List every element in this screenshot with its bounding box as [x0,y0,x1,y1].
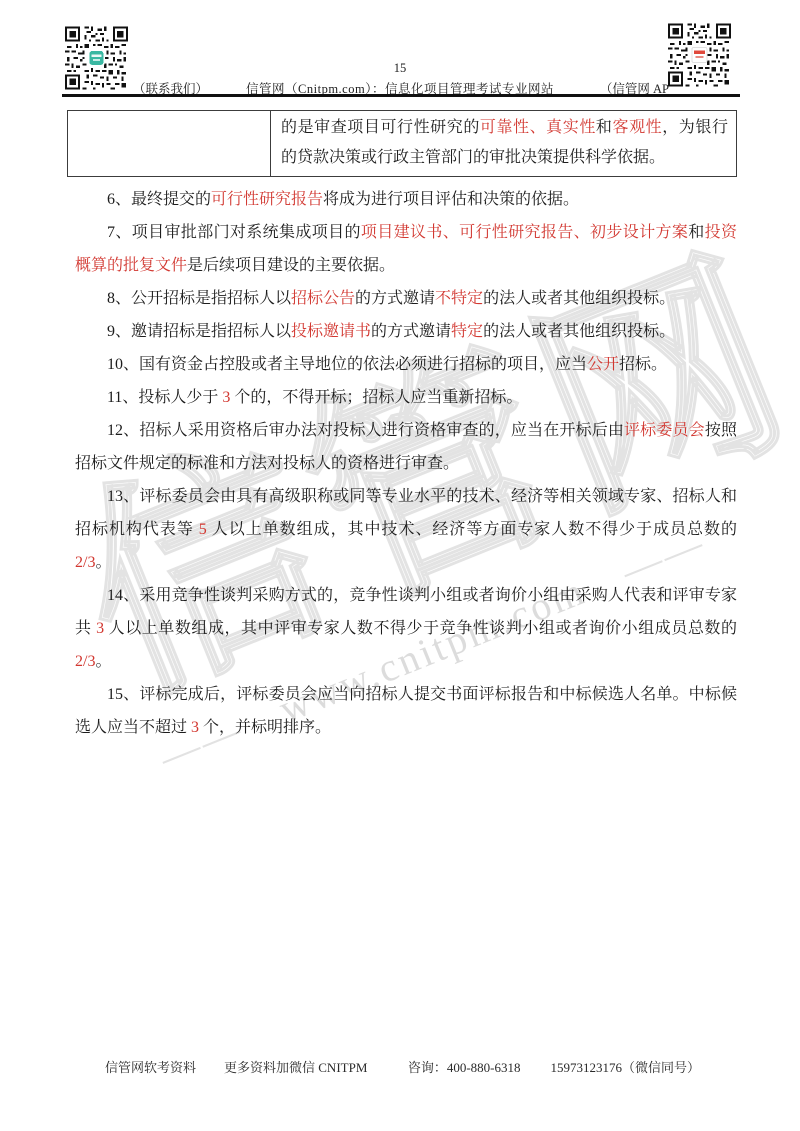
highlight-run: 3 [191,719,199,736]
highlight-run: 2/3 [75,554,95,571]
text-run: 的是审查项目可行性研究的 [281,119,480,136]
text-run: 。 [95,554,111,571]
highlight-run: 公开 [587,356,619,373]
text-run: 个的，不得开标；招标人应当重新招标。 [230,389,522,406]
text-run: 6、最终提交的 [107,191,211,208]
table-cell-left [68,111,271,177]
highlight-run: 特定 [451,323,483,340]
text-run: 和 [688,224,704,241]
highlight-run: 可靠性、真实性 [480,119,596,136]
knowledge-point-item: 11、投标人少于 3 个的，不得开标；招标人应当重新招标。 [75,381,737,414]
page-number: 15 [0,61,800,76]
body-paragraphs: 6、最终提交的可行性研究报告将成为进行项目评估和决策的依据。7、项目审批部门对系… [67,183,737,744]
text-run: 的法人或者其他组织投标。 [483,290,675,307]
text-run: 的方式邀请 [371,323,451,340]
text-run: 8、公开招标是指招标人以 [107,290,291,307]
knowledge-point-item: 7、项目审批部门对系统集成项目的项目建议书、可行性研究报告、初步设计方案和投资概… [75,216,737,282]
knowledge-point-item: 9、邀请招标是指招标人以投标邀请书的方式邀请特定的法人或者其他组织投标。 [75,315,737,348]
text-run: 12、招标人采用资格后审办法对投标人进行资格审查的，应当在开标后由 [107,422,624,439]
table-row: 的是审查项目可行性研究的可靠性、真实性和客观性，为银行的贷款决策或行政主管部门的… [68,111,737,177]
document-body: 的是审查项目可行性研究的可靠性、真实性和客观性，为银行的贷款决策或行政主管部门的… [67,110,737,744]
document-page: { "header": { "page_number": "15", "left… [0,0,800,1131]
text-run: 10、国有资金占控股或者主导地位的依法必须进行招标的项目，应当 [107,356,587,373]
highlight-run: 招标公告 [291,290,355,307]
highlight-run: 评标委员会 [624,422,705,439]
table-cell-right: 的是审查项目可行性研究的可靠性、真实性和客观性，为银行的贷款决策或行政主管部门的… [271,111,737,177]
text-run: 15、评标完成后，评标委员会应当向招标人提交书面评标报告和中标候选人名单。中标候… [75,686,737,736]
knowledge-point-item: 8、公开招标是指招标人以招标公告的方式邀请不特定的法人或者其他组织投标。 [75,282,737,315]
text-run: 将成为进行项目评估和决策的依据。 [323,191,579,208]
header-divider [62,94,740,97]
highlight-run: 客观性 [613,119,663,136]
knowledge-point-item: 6、最终提交的可行性研究报告将成为进行项目评估和决策的依据。 [75,183,737,216]
text-run: 的方式邀请 [355,290,435,307]
carryover-table: 的是审查项目可行性研究的可靠性、真实性和客观性，为银行的贷款决策或行政主管部门的… [67,110,737,177]
knowledge-point-item: 15、评标完成后，评标委员会应当向招标人提交书面评标报告和中标候选人名单。中标候… [75,678,737,744]
text-run: 是后续项目建设的主要依据。 [187,257,395,274]
text-run: 人以上单数组成，其中评审专家人数不得少于竞争性谈判小组或者询价小组成员总数的 [104,620,737,637]
text-run: 招标。 [619,356,667,373]
highlight-run: 5 [199,521,207,538]
highlight-run: 3 [96,620,104,637]
text-run: 11、投标人少于 [107,389,222,406]
app-qr-code-icon [668,23,731,87]
text-run: 和 [596,119,613,136]
text-run: 个，并标明排序。 [199,719,331,736]
highlight-run: 项目建议书、可行性研究报告、初步设计方案 [361,224,688,241]
footer-brand: 信管网软考资料 [105,1057,196,1076]
highlight-run: 可行性研究报告 [211,191,323,208]
text-run: 。 [95,653,111,670]
footer-wechat: 更多资料加微信 CNITPM [224,1057,367,1076]
text-run: 人以上单数组成，其中技术、经济等方面专家人数不得少于成员总数的 [207,521,737,538]
highlight-run: 投标邀请书 [291,323,371,340]
page-footer: 信管网软考资料 更多资料加微信 CNITPM 咨询：400-880-6318 1… [0,1057,800,1076]
knowledge-point-item: 14、采用竞争性谈判采购方式的，竞争性谈判小组或者询价小组由采购人代表和评审专家… [75,579,737,678]
footer-mobile-phone: 15973123176（微信同号） [550,1057,700,1076]
knowledge-point-item: 13、评标委员会由具有高级职称或同等专业水平的技术、经济等相关领域专家、招标人和… [75,480,737,579]
highlight-run: 2/3 [75,653,95,670]
footer-consult-phone: 咨询：400-880-6318 [408,1057,521,1076]
highlight-run: 不特定 [435,290,483,307]
text-run: 9、邀请招标是指招标人以 [107,323,291,340]
text-run: 7、项目审批部门对系统集成项目的 [107,224,361,241]
text-run: 的法人或者其他组织投标。 [483,323,675,340]
knowledge-point-item: 12、招标人采用资格后审办法对投标人进行资格审查的，应当在开标后由评标委员会按照… [75,414,737,480]
knowledge-point-item: 10、国有资金占控股或者主导地位的依法必须进行招标的项目，应当公开招标。 [75,348,737,381]
